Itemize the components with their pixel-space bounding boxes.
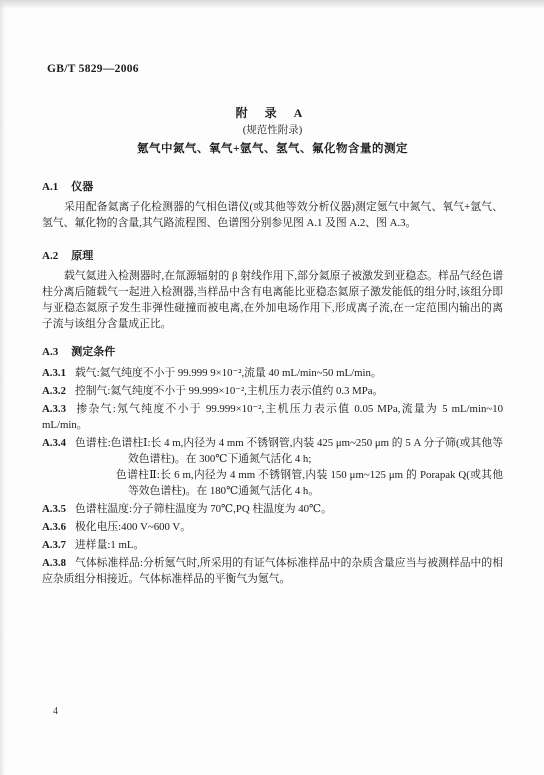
clause-text: 气体标准样品:分析氪气时,所采用的有证气体标准样品中的杂质含量应当与被测样品中的… [42, 557, 503, 585]
section-a2-paragraph: 载气氦进入检测器时,在氚源辐射的 β 射线作用下,部分氦原子被激发到亚稳态。样品… [42, 268, 503, 332]
clause-text: 掺杂气:氖气纯度不小于 99.999×10⁻²,主机压力表示值 0.05 MPa… [42, 403, 503, 431]
section-a2-number: A.2 [42, 250, 58, 262]
section-a1-paragraph: 采用配备氦离子化检测器的气相色谱仪(或其他等效分析仪器)测定氪气中氮气、氧气+氩… [42, 199, 503, 231]
clause-number: A.3.8 [42, 557, 66, 569]
section-a3-title: 测定条件 [71, 346, 115, 358]
clause-number: A.3.5 [42, 503, 66, 515]
clause-a3-4-column-2: 色谱柱Ⅱ:长 6 m,内径为 4 mm 不锈钢管,内装 150 μm~125 μ… [116, 467, 503, 499]
clause-number: A.3.3 [42, 403, 66, 415]
section-a2-heading: A.2原理 [42, 248, 503, 264]
page-number: 4 [53, 706, 58, 717]
clause-a3-4-column-1: A.3.4色谱柱:色谱柱Ⅰ:长 4 m,内径为 4 mm 不锈钢管,内装 425… [42, 435, 503, 467]
clause-number: A.3.6 [42, 521, 66, 533]
standard-number-header: GB/T 5829—2006 [47, 63, 139, 75]
clause-text: 载气:氦气纯度不小于 99.999 9×10⁻²,流量 40 mL/min~50… [75, 367, 382, 379]
appendix-label: 附 录 A [42, 106, 503, 121]
clause-a3-6: A.3.6极化电压:400 V~600 V。 [42, 519, 503, 535]
section-a3-heading: A.3测定条件 [42, 344, 503, 360]
clause-number: A.3.7 [42, 539, 66, 551]
page-content: 附 录 A (规范性附录) 氪气中氮气、氧气+氩气、氢气、氟化物含量的测定 A.… [42, 106, 503, 589]
clause-text: 色谱柱:色谱柱Ⅰ:长 4 m,内径为 4 mm 不锈钢管,内装 425 μm~2… [75, 437, 503, 465]
section-a2-title: 原理 [71, 250, 93, 262]
section-a3-number: A.3 [42, 346, 58, 358]
section-a1-number: A.1 [42, 181, 58, 193]
clause-number: A.3.2 [42, 385, 66, 397]
clause-a3-4: A.3.4色谱柱:色谱柱Ⅰ:长 4 m,内径为 4 mm 不锈钢管,内装 425… [42, 435, 503, 499]
section-a1-title: 仪器 [71, 181, 93, 193]
clause-a3-2: A.3.2控制气:氦气纯度不小于 99.999×10⁻²,主机压力表示值约 0.… [42, 383, 503, 399]
clause-a3-1: A.3.1载气:氦气纯度不小于 99.999 9×10⁻²,流量 40 mL/m… [42, 365, 503, 381]
clause-text: 控制气:氦气纯度不小于 99.999×10⁻²,主机压力表示值约 0.3 MPa… [75, 385, 383, 397]
clause-number: A.3.4 [42, 437, 66, 449]
clause-text: 极化电压:400 V~600 V。 [75, 521, 191, 533]
clause-text: 进样量:1 mL。 [75, 539, 144, 551]
clause-text: 色谱柱温度:分子筛柱温度为 70℃,PQ 柱温度为 40℃。 [75, 503, 332, 515]
clause-a3-5: A.3.5色谱柱温度:分子筛柱温度为 70℃,PQ 柱温度为 40℃。 [42, 501, 503, 517]
section-a3-items: A.3.1载气:氦气纯度不小于 99.999 9×10⁻²,流量 40 mL/m… [42, 365, 503, 587]
appendix-normative-note: (规范性附录) [42, 122, 503, 139]
section-a1-heading: A.1仪器 [42, 179, 503, 195]
appendix-title: 氪气中氮气、氧气+氩气、氢气、氟化物含量的测定 [42, 140, 503, 158]
clause-number: A.3.1 [42, 367, 66, 379]
clause-a3-7: A.3.7进样量:1 mL。 [42, 537, 503, 553]
clause-a3-8: A.3.8气体标准样品:分析氪气时,所采用的有证气体标准样品中的杂质含量应当与被… [42, 555, 503, 587]
clause-a3-3: A.3.3掺杂气:氖气纯度不小于 99.999×10⁻²,主机压力表示值 0.0… [42, 401, 503, 433]
document-page: GB/T 5829—2006 附 录 A (规范性附录) 氪气中氮气、氧气+氩气… [0, 0, 544, 775]
